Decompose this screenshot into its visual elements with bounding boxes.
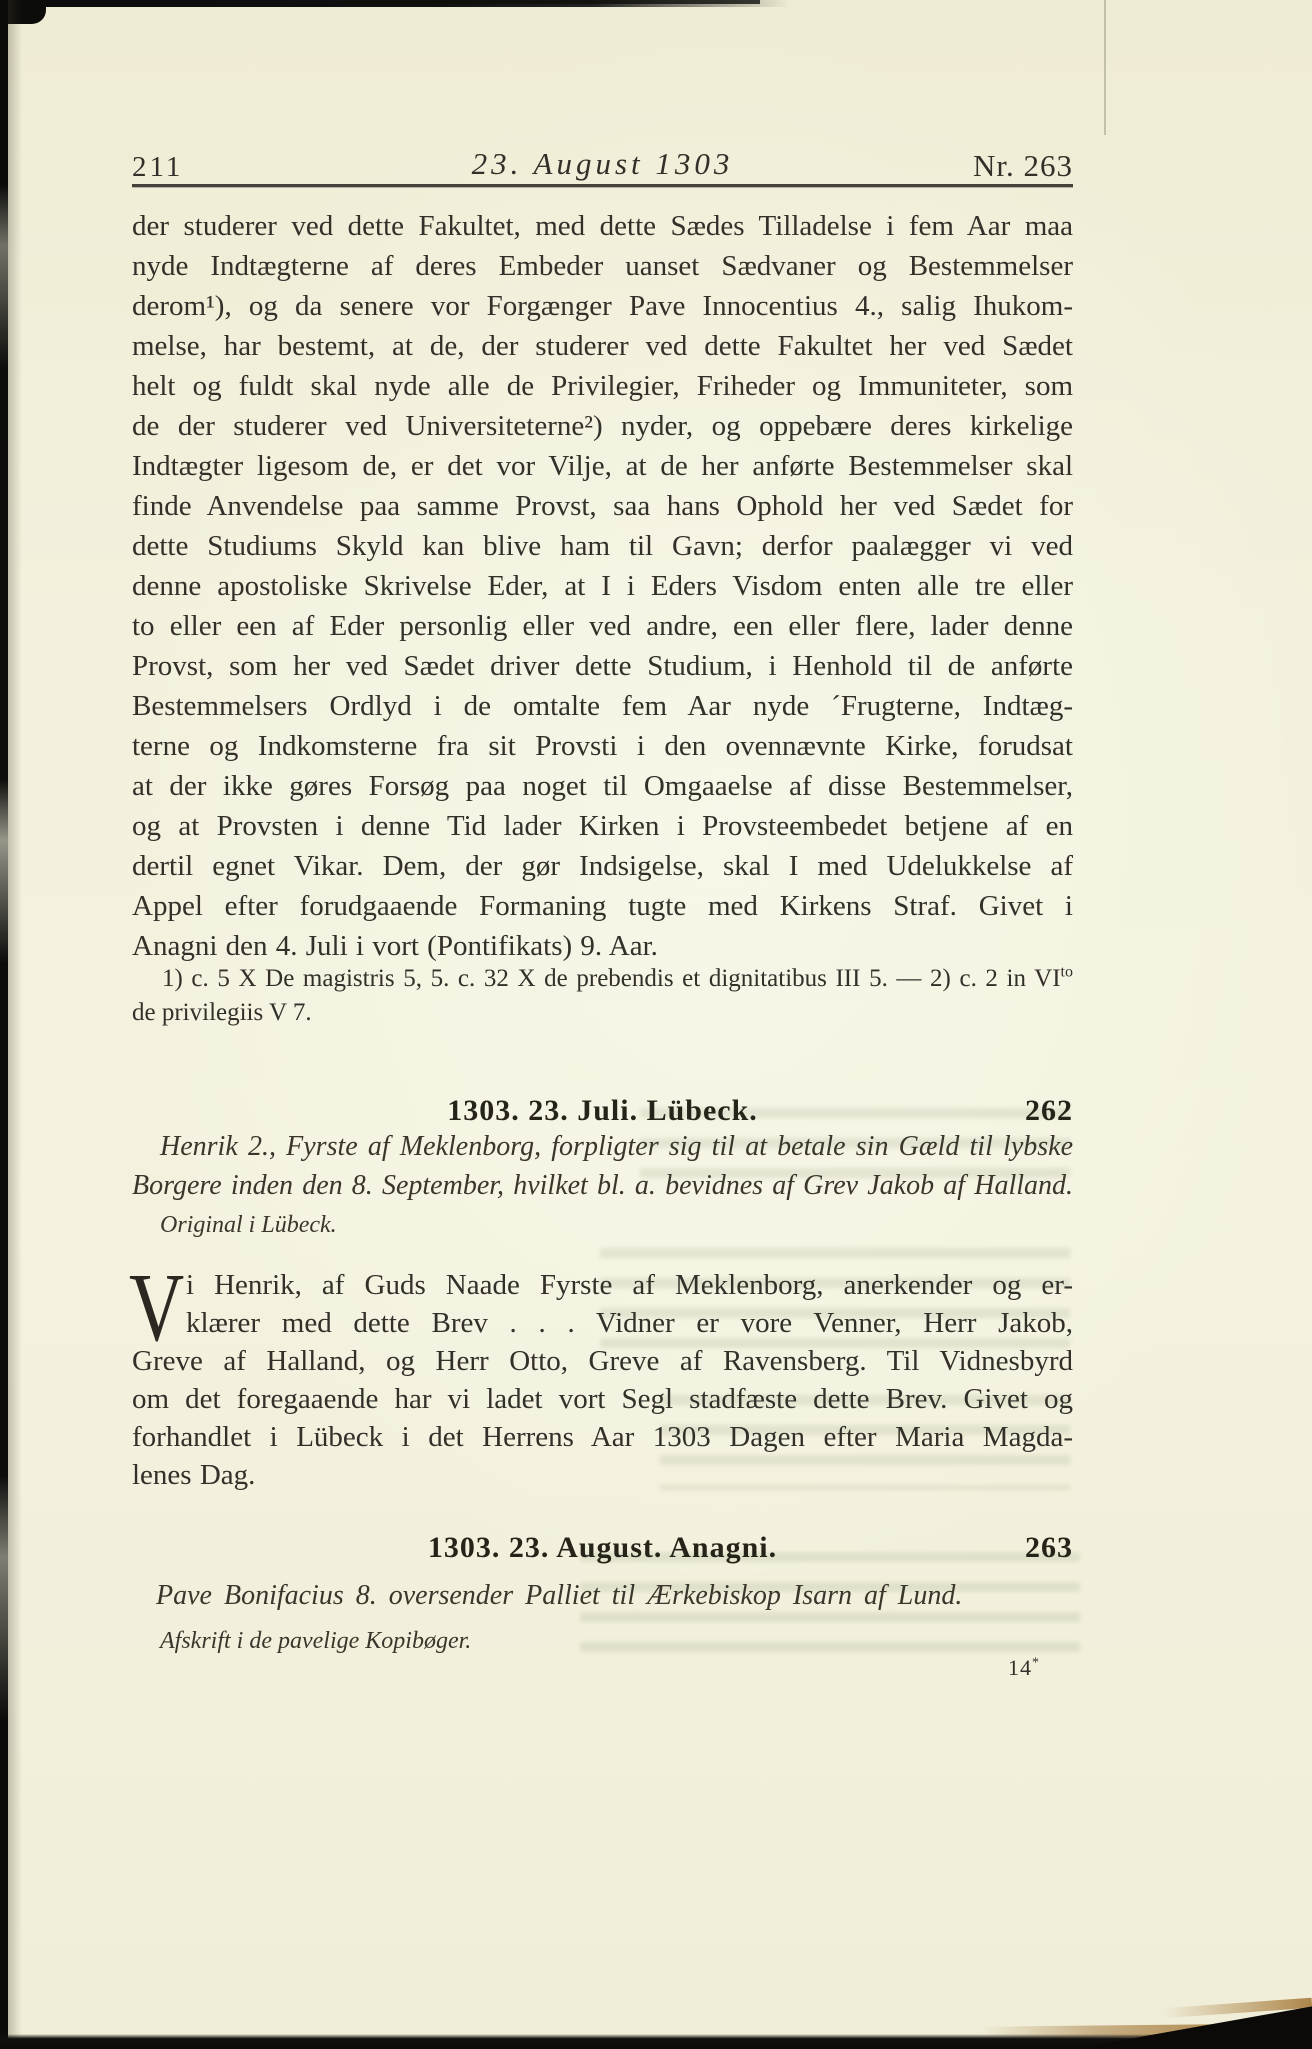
text-line: dertil egnet Vikar. Dem, der gør Indsige… bbox=[132, 846, 1073, 886]
entry-263-heading: 1303. 23. August. Anagni. 263 bbox=[132, 1531, 1073, 1565]
text-line: Bestemmelsers Ordlyd i de omtalte fem Aa… bbox=[132, 686, 1073, 726]
drop-cap-initial: V bbox=[129, 1259, 184, 1357]
text-line: og at Provsten i denne Tid lader Kirken … bbox=[132, 806, 1073, 846]
entry-263-title: 1303. 23. August. Anagni. bbox=[428, 1531, 777, 1564]
scanned-book-page: 211 23. August 1303 Nr. 263 der studerer… bbox=[0, 0, 1312, 2049]
entry-262-body: V i Henrik, af Guds Naade Fyrste af Mekl… bbox=[132, 1266, 1073, 1494]
entry-263-number: 263 bbox=[1025, 1531, 1073, 1565]
entry-body-text: der studerer ved dette Fakultet, med det… bbox=[132, 206, 1073, 966]
text-line: forhandlet i Lübeck i det Herrens Aar 13… bbox=[132, 1418, 1073, 1456]
signature-number: 14 bbox=[1008, 1655, 1032, 1680]
scan-edge-left bbox=[0, 0, 8, 2049]
footnote-superscript: to bbox=[1061, 964, 1073, 981]
scan-edge-left-shadow bbox=[8, 0, 22, 2049]
text-line: lenes Dag. bbox=[132, 1456, 1073, 1494]
text-line: Anagni den 4. Juli i vort (Pontifikats) … bbox=[132, 926, 1073, 966]
text-line: klærer med dette Brev . . . Vidner er vo… bbox=[132, 1304, 1073, 1342]
text-line: de der studerer ved Universiteterne²) ny… bbox=[132, 406, 1073, 446]
text-line: Provst, som her ved Sædet driver dette S… bbox=[132, 646, 1073, 686]
text-line: to eller een af Eder personlig eller ved… bbox=[132, 606, 1073, 646]
entry-262-body-lines: i Henrik, af Guds Naade Fyrste af Meklen… bbox=[132, 1266, 1073, 1494]
entry-262-title: 1303. 23. Juli. Lübeck. bbox=[447, 1094, 758, 1127]
footnote-line: de privilegiis V 7. bbox=[132, 996, 1073, 1030]
footnote-line: 1) c. 5 X De magistris 5, 5. c. 32 X de … bbox=[132, 962, 1073, 996]
text-line: helt og fuldt skal nyde alle de Privileg… bbox=[132, 366, 1073, 406]
text-line: Henrik 2., Fyrste af Meklenborg, forplig… bbox=[132, 1128, 1073, 1167]
scan-crease-line bbox=[1104, 0, 1106, 135]
text-line: at der ikke gøres Forsøg paa noget til O… bbox=[132, 766, 1073, 806]
text-line: Appel efter forudgaaende Formaning tugte… bbox=[132, 886, 1073, 926]
entry-262-source: Original i Lübeck. bbox=[132, 1212, 337, 1239]
running-head: 211 23. August 1303 Nr. 263 bbox=[132, 146, 1073, 184]
text-line: derom¹), og da senere vor Forgænger Pave… bbox=[132, 286, 1073, 326]
text-line: der studerer ved dette Fakultet, med det… bbox=[132, 206, 1073, 246]
text-line: denne apostoliske Skrivelse Eder, at I i… bbox=[132, 566, 1073, 606]
text-line: finde Anvendelse paa samme Provst, saa h… bbox=[132, 486, 1073, 526]
header-rule bbox=[132, 184, 1073, 187]
scan-edge-top-dark bbox=[340, 0, 760, 4]
footnote-text: 1) c. 5 X De magistris 5, 5. c. 32 X de … bbox=[162, 965, 1061, 992]
text-line: i Henrik, af Guds Naade Fyrste af Meklen… bbox=[132, 1266, 1073, 1304]
text-line: melse, har bestemt, at de, der studerer … bbox=[132, 326, 1073, 366]
text-line: terne og Indkomsterne fra sit Provsti i … bbox=[132, 726, 1073, 766]
entry-262-regest: Henrik 2., Fyrste af Meklenborg, forplig… bbox=[132, 1128, 1073, 1205]
entry-263-regest: Pave Bonifacius 8. oversender Palliet ti… bbox=[132, 1577, 1097, 1616]
text-line: Borgere inden den 8. September, hvilket … bbox=[132, 1167, 1073, 1206]
entry-262-heading: 1303. 23. Juli. Lübeck. 262 bbox=[132, 1094, 1073, 1128]
entry-263-source: Afskrift i de pavelige Kopibøger. bbox=[132, 1628, 471, 1655]
signature-star: * bbox=[1032, 1656, 1040, 1671]
running-head-date: 23. August 1303 bbox=[132, 146, 1073, 182]
signature-mark: 14* bbox=[1008, 1655, 1040, 1681]
text-line: Indtægter ligesom de, er det vor Vilje, … bbox=[132, 446, 1073, 486]
text-line: om det foregaaende har vi ladet vort Seg… bbox=[132, 1380, 1073, 1418]
text-line: dette Studiums Skyld kan blive ham til G… bbox=[132, 526, 1073, 566]
entry-number-label: Nr. 263 bbox=[973, 148, 1073, 184]
text-line: nyde Indtægterne af deres Embeder uanset… bbox=[132, 246, 1073, 286]
footnote: 1) c. 5 X De magistris 5, 5. c. 32 X de … bbox=[132, 962, 1073, 1030]
entry-262-number: 262 bbox=[1025, 1094, 1073, 1128]
text-line: Greve af Halland, og Herr Otto, Greve af… bbox=[132, 1342, 1073, 1380]
